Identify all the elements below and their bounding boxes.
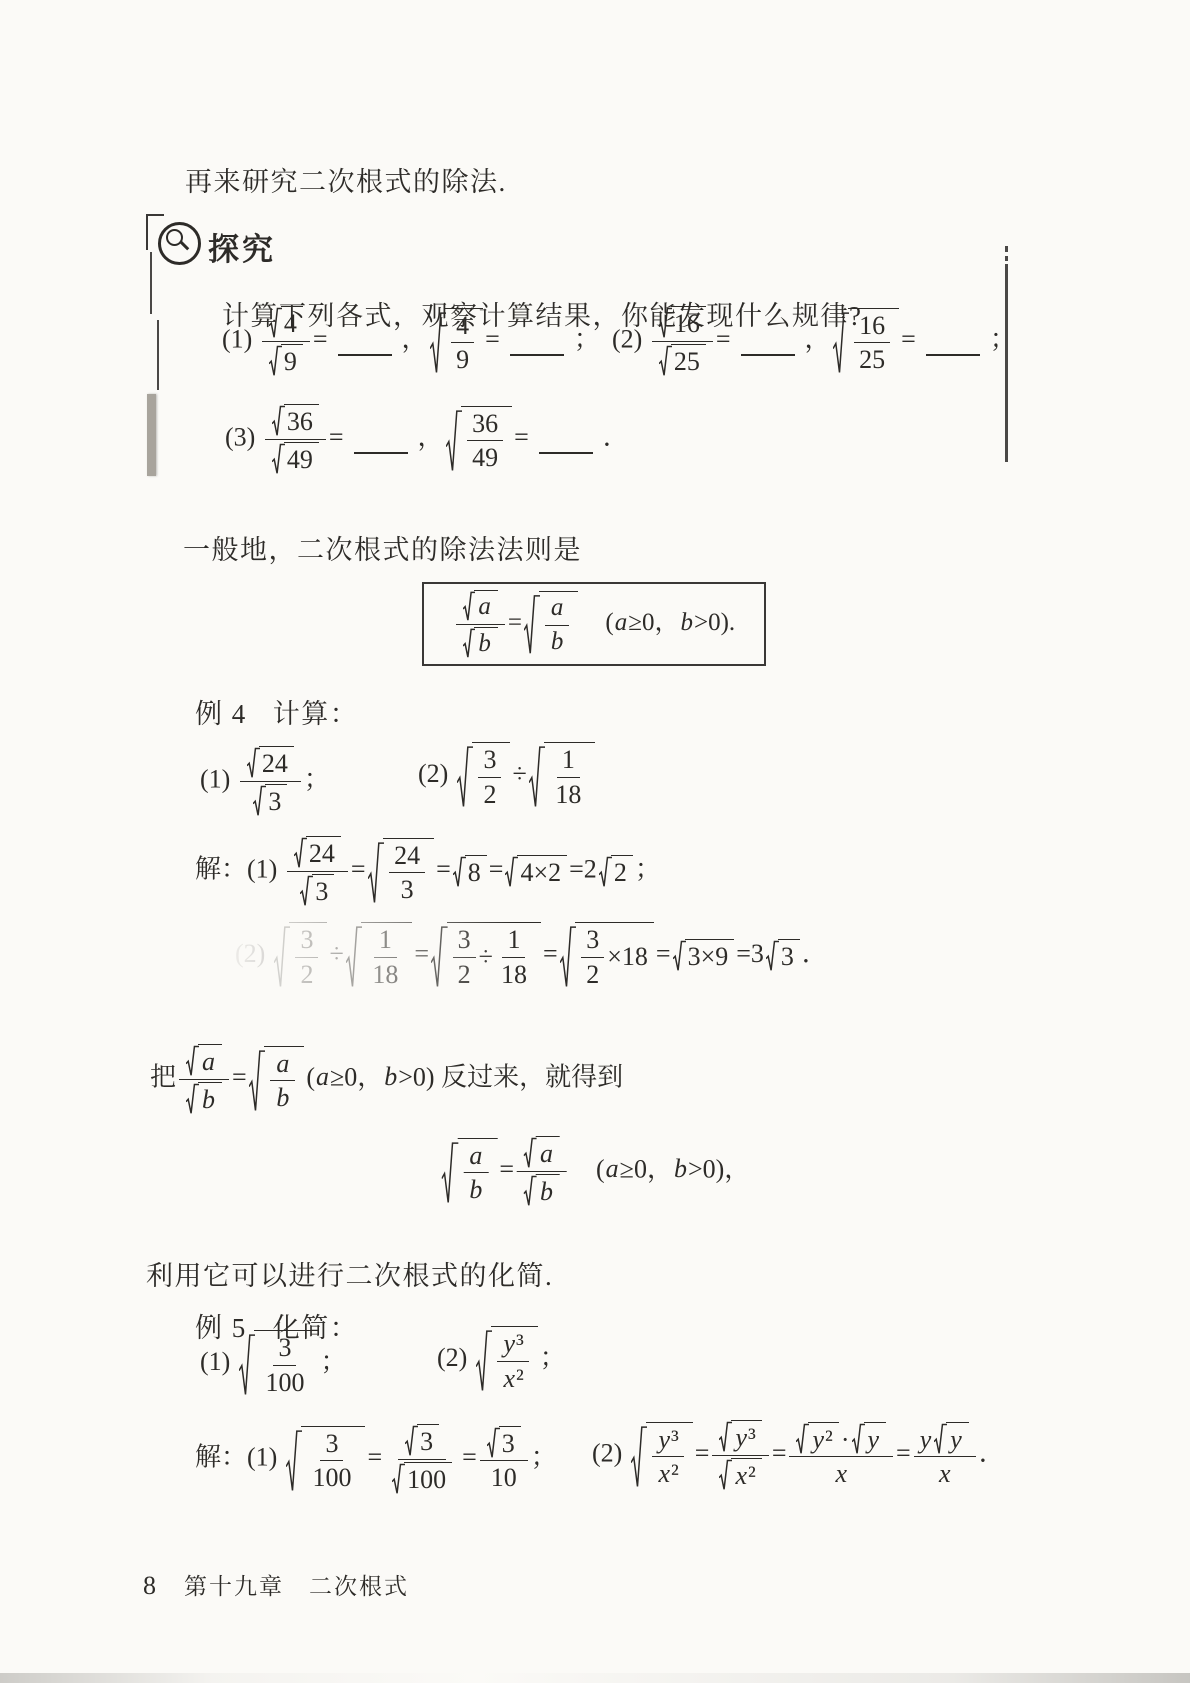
explore-title: 探究	[208, 224, 276, 269]
example5-solution-1: 解：(1) 3100=3100=310；	[195, 1424, 557, 1495]
explore-left-line-2	[157, 320, 159, 390]
division-rule-formula: ab=ab (a≥0，b>0).	[453, 590, 735, 659]
scan-edge-smudge	[0, 1673, 1190, 1683]
intro-paragraph: 再来研究二次根式的除法.	[185, 160, 507, 199]
example4-label: 例 4	[195, 699, 247, 729]
textbook-page: 再来研究二次根式的除法. 探究 计算下列各式，观察计算结果，你能发现什么规律? …	[0, 0, 1190, 1683]
explore-eq-1: (1) 49=，49=；	[222, 306, 600, 377]
magnifier-handle-icon	[180, 240, 190, 250]
explore-left-bar	[147, 394, 156, 476]
explore-right-dash	[1005, 246, 1008, 252]
example4-heading: 例 4计算：	[195, 692, 358, 731]
footer: 8第十九章 二次根式	[143, 1568, 409, 1601]
inverse-formula: ab=ab (a≥0，b>0)，	[440, 1136, 751, 1207]
explore-left-line-1	[150, 252, 152, 314]
example4-solution-line-1: 解：(1) 243=243=8=4×2=22；	[195, 836, 661, 907]
example4-solution-line-2: (2) 32÷118=32÷118=32×18=3×9=33．	[235, 922, 828, 990]
example4-task: 计算：	[273, 699, 359, 729]
inverse-lead: 把ab=ab(a≥0，b>0) 反过来，就得到	[150, 1044, 623, 1115]
explore-eq-3: (3) 3649=，3649=．	[225, 404, 629, 475]
example5-solution-2: (2) y³x²=y³x²=y²·yx=yyx．	[592, 1420, 1005, 1491]
explore-eq-2: (2) 1625=，1625=；	[612, 306, 1016, 377]
explore-right-dash-2	[1005, 256, 1008, 261]
inverse-usage: 利用它可以进行二次根式的化简.	[146, 1254, 553, 1293]
example4-problem-2: (2) 32÷118	[418, 742, 597, 810]
page-number: 8	[143, 1571, 156, 1600]
division-rule-lead: 一般地，二次根式的除法法则是	[183, 528, 582, 567]
division-rule-box: ab=ab (a≥0，b>0).	[422, 582, 766, 666]
chapter-title: 第十九章 二次根式	[184, 1574, 409, 1599]
example5-problem-2: (2) y³x²；	[437, 1326, 566, 1394]
example4-problem-1: (1) 243；	[200, 746, 330, 817]
magnifier-icon	[158, 222, 201, 265]
example5-problem-1: (1) 3100；	[200, 1330, 346, 1398]
